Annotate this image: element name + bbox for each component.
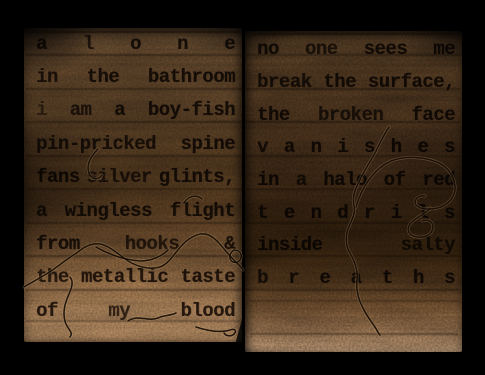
poem-word: i <box>391 202 402 224</box>
page-right: nooneseesmebreakthesurface,thebrokenface… <box>245 31 462 352</box>
photocopy-streak <box>26 289 460 291</box>
poem-word: d <box>337 202 348 224</box>
photocopy-streak <box>26 188 460 190</box>
photocopy-streak <box>26 54 460 56</box>
poem-word: blood <box>180 300 235 322</box>
poem-word: of <box>36 300 58 322</box>
poem-word: a <box>36 33 47 55</box>
poem-word: boy-fish <box>148 99 235 121</box>
poem-word: sees <box>364 38 408 60</box>
poem-line: tendrils <box>257 196 455 229</box>
photocopy-streak <box>250 333 458 335</box>
poem-line: inahaloofred <box>257 164 455 197</box>
poem-word: flight <box>170 200 235 222</box>
photocopy-streak <box>26 222 460 224</box>
photocopy-streak <box>26 255 460 257</box>
photocopy-streak <box>26 88 460 90</box>
poem-word: l <box>83 33 94 55</box>
poem-word: spine <box>180 133 235 155</box>
poem-line: nooneseesme <box>257 33 455 66</box>
poem-word: the <box>86 66 119 88</box>
poem-word: no <box>257 38 279 60</box>
poem-line: vanishes <box>257 131 455 164</box>
photocopy-streak <box>250 33 460 35</box>
poem-word: h <box>413 267 424 289</box>
photocopy-streak <box>26 31 240 33</box>
poem-word: n <box>177 33 188 55</box>
poem-word: fans <box>36 166 80 188</box>
poem-word: t <box>382 267 393 289</box>
poem-word: bathroom <box>148 66 235 88</box>
poem-word: inside <box>257 234 322 256</box>
poem-word: from <box>36 233 80 255</box>
poem-word: t <box>257 202 268 224</box>
poem-word: a <box>351 267 362 289</box>
poem-word: the <box>36 266 69 288</box>
book-spread-photo: aloneinthebathroomiamaboy-fishpin-pricke… <box>0 0 485 375</box>
poem-word: r <box>364 202 375 224</box>
photocopy-streak <box>26 155 460 157</box>
poem-word: in <box>36 66 58 88</box>
page-left: aloneinthebathroomiamaboy-fishpin-pricke… <box>24 28 242 342</box>
poem-word: one <box>305 38 338 60</box>
poem-word: i <box>36 99 47 121</box>
poem-line: thebrokenface <box>257 98 455 131</box>
poem-word: pin-pricked <box>36 133 156 155</box>
poem-word: o <box>130 33 141 55</box>
photocopy-streak <box>26 121 460 123</box>
poem-word: a <box>36 200 47 222</box>
poem-word: n <box>310 202 321 224</box>
poem-word: & <box>224 233 235 255</box>
poem-word: me <box>433 38 455 60</box>
photocopy-streak <box>26 320 240 322</box>
poem-word: taste <box>180 266 235 288</box>
poem-word: b <box>257 267 268 289</box>
poem-word: a <box>114 99 125 121</box>
poem-word: e <box>319 267 330 289</box>
poem-line: ofmyblood <box>36 294 235 327</box>
poem-word: salty <box>400 234 455 256</box>
poem-word: hooks <box>125 233 180 255</box>
poem-word: s <box>444 202 455 224</box>
poem-word: my <box>108 300 130 322</box>
poem-word: wingless <box>65 200 152 222</box>
poem-word: s <box>444 267 455 289</box>
poem-line: breakthesurface, <box>257 66 455 99</box>
poem-word: metallic <box>81 266 168 288</box>
poem-word: am <box>70 99 92 121</box>
poem-word: r <box>288 267 299 289</box>
poem-word: glints, <box>159 166 235 188</box>
photocopy-streak <box>250 300 460 302</box>
poem-word: l <box>417 202 428 224</box>
poem-word: e <box>284 202 295 224</box>
poem-left-column: aloneinthebathroomiamaboy-fishpin-pricke… <box>36 27 235 328</box>
poem-word: silver <box>86 166 151 188</box>
poem-word: e <box>224 33 235 55</box>
